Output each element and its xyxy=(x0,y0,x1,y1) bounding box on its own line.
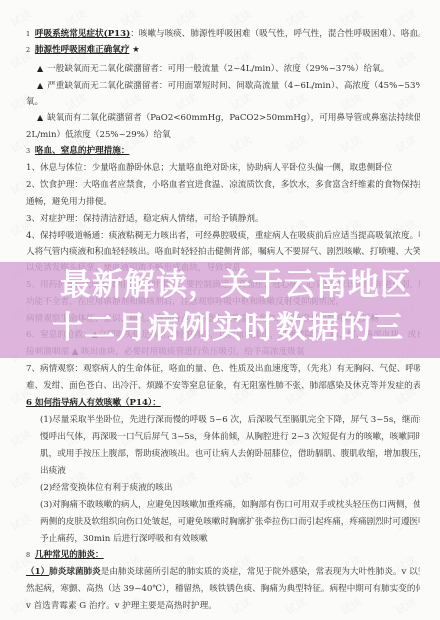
text-line: 予止痛药，30min 后进行深呼吸和有效咳嗽 xyxy=(40,533,420,545)
text-line: 2、饮食护理：大咯血者应禁食，小咯血者宜进食温、凉流质饮食，多饮水，多食富含纤维… xyxy=(26,179,420,191)
text-line: 3、对症护理：保持清洁舒适，稳定病人情绪，可给予镇静剂。 xyxy=(26,213,420,225)
watermark-text: 试读 xyxy=(172,6,199,31)
text-line: 慢呼出气体，再深吸一口气后屏气 3~5s，身体前倾，从胸腔进行 2~3 次短促有… xyxy=(40,431,420,443)
text-line: 氧。 xyxy=(26,96,420,108)
section-text: ：咳嗽与咳痰、肺源性呼吸困难（吸气性，呼气性，混合性呼吸困难）、咯血。 xyxy=(130,29,420,39)
watermark-text: 试读 xyxy=(7,468,34,493)
line-text: 严重缺氧而无二氧化碳潴留者：可用面罩短时间、间歇高流量（4~6L/min）、高浓… xyxy=(47,81,420,91)
triangle-bullet-icon: ▲ xyxy=(37,81,43,90)
text-line: 肌，或用手按压上腹部，帮助痰液咳出。也可让病人去俯卧屈膝位，借助膈肌、腹肌收缩，… xyxy=(40,448,420,460)
watermark-text: 试读 xyxy=(117,6,144,31)
text-line: 然起病，寒颤、高热（达 39~40℃），稽留热，咳铁锈色痰、胸痛为典型特征。病程… xyxy=(26,583,420,595)
section-heading: 咯血、窒息的护理措施： xyxy=(35,146,130,156)
watermark-text: 试读 xyxy=(7,6,34,31)
text-line: v 首选青霉素 G 治疗。v 护理主要是高热时护理。 xyxy=(26,600,420,612)
text-line: （1）肺炎球菌肺炎是由肺炎球菌所引起的肺实质的炎症，常见于院外感染，常表现为大叶… xyxy=(26,566,420,578)
watermark-text: 试读 xyxy=(392,6,419,31)
section-heading: 几种常见的肺炎： xyxy=(35,550,104,560)
section-heading: 肺源性呼吸困难正确氧疗 xyxy=(35,45,130,55)
section-number: 8 xyxy=(26,551,30,559)
section-number: 2 xyxy=(26,46,30,54)
watermark-text: 试读 xyxy=(227,6,254,31)
text-line: (3)对胸痛不敢咳嗽的病人，应避免因咳嗽加重疼痛，如胸部有伤口可用双手或枕头轻压… xyxy=(40,499,420,511)
section-6: 6 如何指导病人有效咳嗽（P14）： xyxy=(26,397,420,409)
item-number: （1） xyxy=(26,567,49,577)
section-3: 3 咯血、窒息的护理措施： xyxy=(26,145,420,157)
triangle-bullet-icon: ▲ xyxy=(37,64,43,73)
watermark-text: 试读 xyxy=(282,6,309,31)
watermark-text: 试读 xyxy=(62,6,89,31)
item-title: 肺炎球菌肺炎 xyxy=(49,567,101,577)
text-line: 2L/min）低浓度（25%~29%）给氧 xyxy=(26,129,420,141)
text-line: ▲缺氧而有二氧化碳潴留者（PaO2<60mmHg，PaCO2>50mmHg），可… xyxy=(37,112,420,124)
headline-line-2: 十二月病例实时数据的三 xyxy=(52,310,440,346)
section-heading: 呼吸系统常见症状(P13) xyxy=(35,29,130,39)
line-text: 缺氧而有二氧化碳潴留者（PaO2<60mmHg，PaCO2>50mmHg），可用… xyxy=(47,113,420,123)
section-heading: 6 如何指导病人有效咳嗽（P14）： xyxy=(26,398,161,408)
section-2: 2 肺源性呼吸困难正确氧疗 ★ xyxy=(26,44,420,56)
line-text: 是由肺炎球菌所引起的肺实质的炎症，常见于院外感染，常表现为大叶性肺炎。v 以突 xyxy=(101,567,420,577)
section-8: 8 几种常见的肺炎： xyxy=(26,549,420,561)
text-line: (2)经常变换体位有利于痰液的咳出 xyxy=(40,482,420,494)
text-line: 7、病情观察：观察病人的生命体征，咯血的量、色、性质及出血速度等，（先兆）有无胸… xyxy=(26,363,420,375)
watermark-text: 试读 xyxy=(7,426,34,451)
text-line: 人将气管内痰液和积血轻轻咳出。咯血时轻轻拍击健侧背部，嘱病人不要屏气、剧烈咳嗽、… xyxy=(26,246,420,258)
text-line: 出痰液 xyxy=(40,465,420,477)
text-line: 通畅，避免用力排便。 xyxy=(26,196,420,208)
section-1: 1 呼吸系统常见症状(P13)：咳嗽与咳痰、肺源性呼吸困难（吸气性，呼气性，混合… xyxy=(26,28,420,40)
text-line: 4、保持呼吸道畅通：痰液粘稠无力咳出者，可经鼻腔吸痰，重症病人在吸痰前后应适当提… xyxy=(26,230,420,242)
star-icon: ★ xyxy=(132,45,140,55)
text-line: ▲一般缺氧而无二氧化碳潴留者：可用一般流量（2~4L/min）、浓度（29%~3… xyxy=(37,63,420,75)
triangle-bullet-icon: ▲ xyxy=(37,113,43,122)
watermark-text: 试读 xyxy=(7,510,34,535)
line-text: 一般缺氧而无二氧化碳潴留者：可用一般流量（2~4L/min）、浓度（29%~37… xyxy=(47,64,389,74)
headline-line-1: 最新解读，关于云南地区 xyxy=(60,267,440,303)
text-line: 两侧的皮肤及软组织向伤口处皱起，可避免咳嗽时胸廓扩张牵拉伤口而引起疼痛，疼痛剧烈… xyxy=(40,516,420,528)
section-number: 3 xyxy=(26,147,30,155)
watermark-text: 试读 xyxy=(337,6,364,31)
text-line: 难、发绀、面色苍白、出冷汗、烦躁不安等窒息征象，有无阻塞性肺不张、肺部感染及休克… xyxy=(26,380,420,392)
text-line: (1)尽量采取半坐卧位，先进行深而慢的呼吸 5~6 次，后深吸气至膈肌完全下降，… xyxy=(40,414,420,426)
section-number: 1 xyxy=(26,30,30,38)
text-line: 1、休息与体位：少量咯血静卧休息；大量咯血绝对卧床，协助病人平卧位头偏一侧，取患… xyxy=(26,162,420,174)
text-line: ▲严重缺氧而无二氧化碳潴留者：可用面罩短时间、间歇高流量（4~6L/min）、高… xyxy=(37,80,420,92)
